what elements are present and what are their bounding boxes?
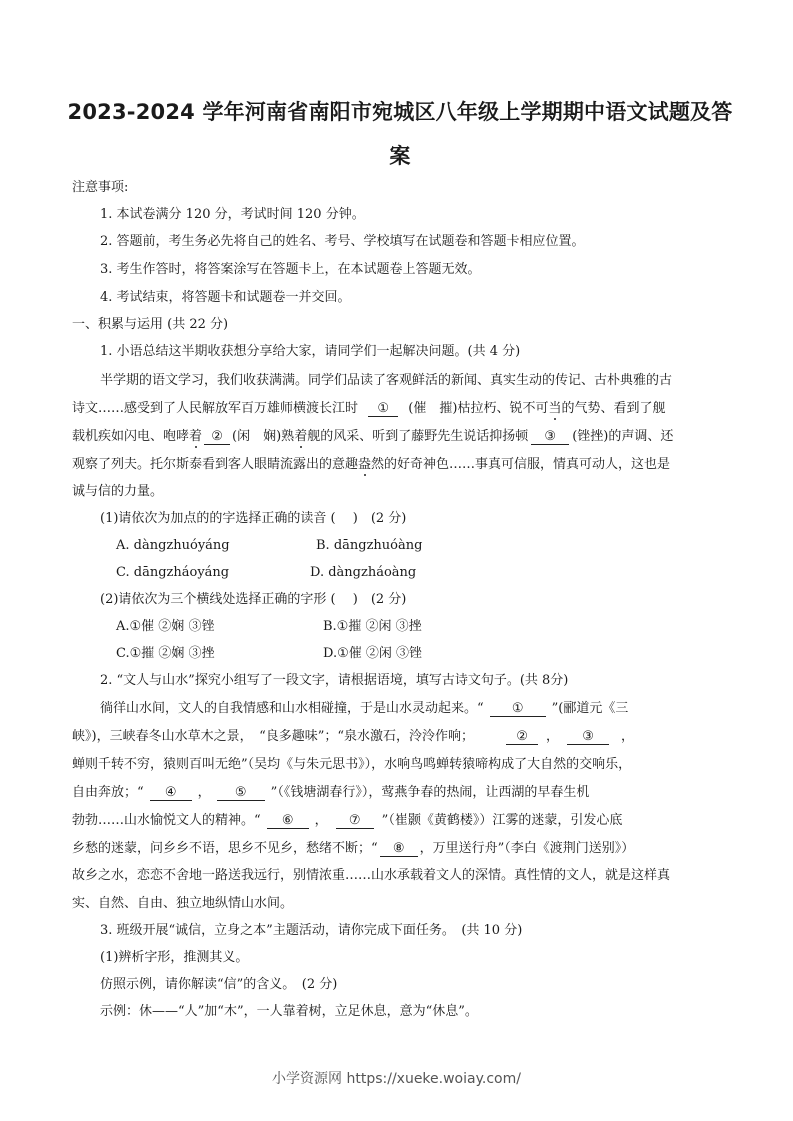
answer-blank-3: ③ [531,430,569,445]
text: ， [315,813,328,828]
answer-blank-1: ① [490,702,546,717]
notice-item-2: 2. 答题前，考生务必先将自己的姓名、考号、学校填写在试题卷和答题卡相应位置。 [100,234,585,250]
answer-blank-8: ⑧ [380,842,418,857]
text: 然的好奇神色……事真可信服，情真可动人，这也是 [371,457,670,472]
q1-sub1-option-b: B. dāngzhuóàng [316,538,422,554]
q1-sub1-option-d: D. dàngzháoàng [310,565,416,581]
q1-sub1-option-a: A. dàngzhuóyáng [116,538,230,554]
text: 勃勃……山水愉悦文人的精神。“ [72,813,261,828]
question-1-prompt: 1. 小语总结这半期收获想分享给大家，请同学们一起解决问题。(共 4 分) [100,344,520,360]
notice-item-1: 1. 本试卷满分 120 分，考试时间 120 分钟。 [100,207,365,223]
q1-sub2-option-a: A.①催 ②娴 ③锉 [116,619,214,635]
answer-blank-2: ② [204,430,230,445]
notice-item-4: 4. 考试结束，将答题卡和试题卷一并交回。 [100,290,351,306]
text: ，万里送行舟”（李白《渡荆门送别》） [420,841,635,856]
answer-blank-2: ② [506,730,538,745]
q1-sub1-option-c: C. dāngzháoyáng [116,565,229,581]
text: ”（崔颢《黄鹤楼》）江雾的迷蒙，引发心底 [382,813,623,828]
text: 乡愁的迷蒙，问乡乡不语，思乡不见乡，愁绪不断；“ [72,841,378,856]
q1-sub2-prompt: (2)请依次为三个横线处选择正确的字形 ( ) (2 分) [100,592,406,608]
text: 观察了列夫。托尔斯泰看到客人眼睛流露出的意趣 [72,457,358,472]
document-title-line2: 案 [60,140,740,170]
q3-sub1-prompt: (1)辨析字形，推测其义。 [100,950,248,966]
notice-heading: 注意事项: [72,180,128,196]
text: (催 摧)枯拉朽、锐不可 [408,401,548,416]
q1-sub2-option-d: D.①催 ②闲 ③锉 [323,646,422,662]
q1-passage-line1: 半学期的语文学习，我们收获满满。同学们品读了客观鲜活的新闻、真实生动的传记、古朴… [100,373,672,389]
answer-blank-5: ⑤ [217,786,265,801]
q3-example: 示例：休——“人”加“木”，一人靠着树，立足休息，意为“休息”。 [100,1004,478,1020]
section-heading: 一、积累与运用 (共 22 分) [72,317,228,333]
text: 舰的风采、听到了藤野先生说话抑扬顿 [307,429,528,444]
text: 徜徉山水间，文人的自我情感和山水相碰撞，于是山水灵动起来。“ [100,701,484,716]
text: (锉挫)的声调、还 [572,429,673,444]
q1-passage-line2: 诗文……感受到了人民解放军百万雄师横渡长江时 ① (催 摧)枯拉朽、锐不可当的气… [72,401,665,417]
text: 的气势、看到了舰 [561,401,665,416]
q1-sub2-option-c: C.①摧 ②娴 ③挫 [116,646,215,662]
answer-blank-6: ⑥ [267,814,309,829]
q1-passage-line4: 观察了列夫。托尔斯泰看到客人眼睛流露出的意趣盎然的好奇神色……事真可信服，情真可… [72,457,670,473]
text: 峡》)，三峡春冬山水草木之景， “良多趣味”；“泉水激石，泠泠作响； [72,729,474,744]
q2-passage-line2: 峡》)，三峡春冬山水草木之景， “良多趣味”；“泉水激石，泠泠作响；②，③， [72,729,634,745]
notice-item-3: 3. 考生作答时，将答案涂写在答题卡上，在本试题卷上答题无效。 [100,262,481,278]
answer-blank-3: ③ [567,730,609,745]
q1-sub1-prompt: (1)请依次为加点的的字选择正确的读音 ( ) (2 分) [100,511,406,527]
text: 自由奔放；“ [72,785,144,800]
q2-passage-line6: 乡愁的迷蒙，问乡乡不语，思乡不见乡，愁绪不断；“⑧，万里送行舟”（李白《渡荆门送… [72,841,634,857]
text: ”(郦道元《三 [552,701,629,716]
exam-page: 2023-2024 学年河南省南阳市宛城区八年级上学期期中语文试题及答 案 注意… [0,0,793,1121]
answer-blank-1: ① [368,402,398,417]
q2-passage-line3: 蝉则千转不穷，猿则百叫无绝”（吴均《与朱元思书》），水响鸟鸣蝉转猿啼构成了大自然… [72,757,631,773]
document-title-line1: 2023-2024 学年河南省南阳市宛城区八年级上学期期中语文试题及答 [60,96,740,126]
q1-passage-line3: 载机疾如闪电、咆哮着②(闲 娴)熟着舰的风采、听到了藤野先生说话抑扬顿③(锉挫)… [72,429,673,445]
q1-sub2-option-b: B.①摧 ②闲 ③挫 [323,619,422,635]
q2-passage-line8: 实、自然、自由、独立地纵情山水间。 [72,896,293,912]
dotted-char: 盎 [358,457,371,472]
answer-blank-4: ④ [150,786,192,801]
text: ， [546,729,559,744]
question-3-prompt: 3. 班级开展“诚信，立身之本”主题活动，请你完成下面任务。 (共 10 分) [100,923,522,939]
text: ， [198,785,211,800]
text: ， [621,729,634,744]
q2-passage-line1: 徜徉山水间，文人的自我情感和山水相碰撞，于是山水灵动起来。“①”(郦道元《三 [100,701,628,717]
question-2-prompt: 2. “文人与山水”探究小组写了一段文字，请根据语境，填写古诗文句子。(共 8分… [100,673,568,689]
text: 载机疾如闪电、咆哮 [72,429,189,444]
text: (闲 娴)熟 [232,429,294,444]
q1-passage-line5: 诚与信的力量。 [72,484,163,500]
q3-instruction: 仿照示例，请你解读“信”的含义。 (2 分) [100,977,337,993]
dotted-char: 当 [548,401,561,416]
dotted-char: 着 [294,429,307,444]
answer-blank-7: ⑦ [336,814,374,829]
dotted-char: 着 [189,429,202,444]
q2-passage-line4: 自由奔放；“④，⑤”（《钱塘湖春行》），莺燕争春的热闹，让西湖的早春生机 [72,785,589,801]
q2-passage-line7: 故乡之水，恋恋不舍地一路送我远行，别情浓重……山水承载着文人的深情。真性情的文人… [72,868,670,884]
q2-passage-line5: 勃勃……山水愉悦文人的精神。“⑥，⑦”（崔颢《黄鹤楼》）江雾的迷蒙，引发心底 [72,813,622,829]
text: 诗文……感受到了人民解放军百万雄师横渡长江时 [72,401,358,416]
watermark-footer: 小学资源网 https://xueke.woiay.com/ [0,1068,793,1088]
text: ”（《钱塘湖春行》），莺燕争春的热闹，让西湖的早春生机 [271,785,590,800]
